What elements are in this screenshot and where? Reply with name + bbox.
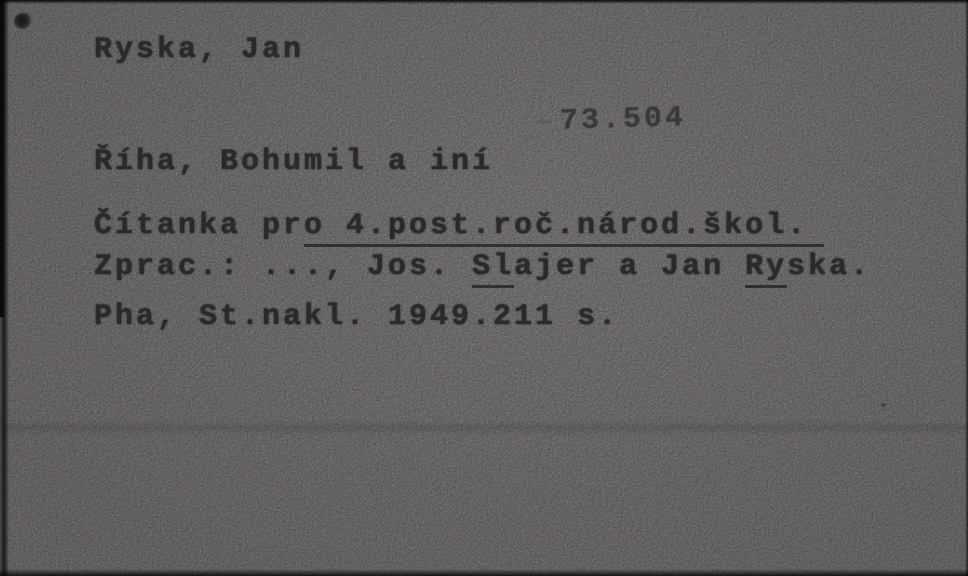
card-crease-line bbox=[0, 421, 968, 435]
imprint-line: Pha, St.nakl. 1949.211 s. bbox=[94, 301, 619, 334]
scan-edge-left-lower bbox=[0, 317, 5, 576]
call-number: 73.504 bbox=[560, 102, 687, 139]
statement-seg3: ajer a Jan bbox=[514, 250, 745, 284]
dust-speck bbox=[881, 403, 886, 407]
ink-blot bbox=[13, 11, 34, 30]
statement-of-responsibility: Zprac.: ..., Jos. Slajer a Jan Ryska. bbox=[94, 251, 871, 284]
scan-edge-bottom bbox=[0, 569, 968, 576]
title-line: Čítanka pro 4.post.roč.národ.škol. bbox=[94, 210, 824, 243]
statement-slajer-underline: Sl bbox=[472, 250, 514, 288]
statement-seg1: Zprac.: ..., Jos. bbox=[94, 250, 472, 284]
statement-seg5: ska. bbox=[787, 250, 871, 284]
faint-dash-mark bbox=[538, 120, 551, 123]
statement-ryska-underline: Ry bbox=[745, 250, 787, 288]
scan-edge-top bbox=[0, 0, 968, 4]
heading-author-entry: Ryska, Jan bbox=[94, 34, 304, 67]
author-line: Říha, Bohumil a iní bbox=[94, 146, 493, 179]
catalog-card-scan: Ryska, Jan 73.504 Říha, Bohumil a iní Čí… bbox=[0, 0, 968, 576]
title-plain-part: Čítanka pr bbox=[94, 209, 304, 243]
title-underlined-part: o 4.post.roč.národ.škol. bbox=[304, 209, 824, 247]
paper-grain-texture bbox=[0, 0, 968, 576]
